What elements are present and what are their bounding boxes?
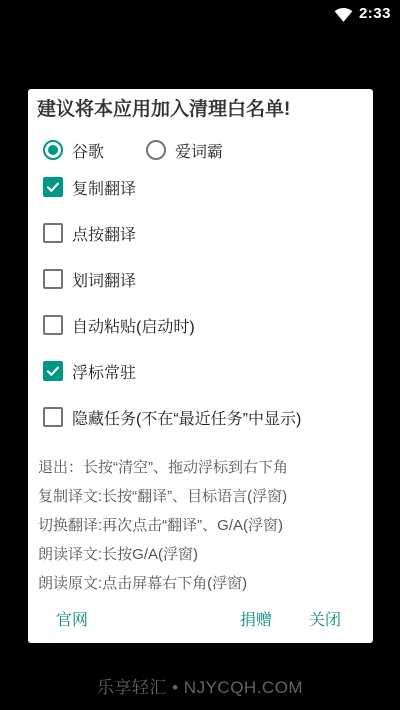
checkbox-copy-translate[interactable]: 复制翻译 — [28, 177, 373, 197]
whitelist-dialog: 建议将本应用加入清理白名单! 谷歌 爱词霸 复制翻译 点按翻译 — [28, 89, 373, 643]
status-bar: 2:33 — [0, 0, 400, 27]
help-line: 切换翻译:再次点击“翻译”、G/A(浮窗) — [38, 511, 373, 540]
checkbox-auto-paste[interactable]: 自动粘贴(启动时) — [28, 315, 373, 335]
close-button[interactable]: 关闭 — [309, 607, 341, 630]
radio-iciba-label: 爱词霸 — [175, 139, 223, 162]
radio-selected-icon[interactable] — [43, 140, 63, 160]
radio-unselected-icon[interactable] — [146, 140, 166, 160]
checkbox-word-select-translate[interactable]: 划词翻译 — [28, 269, 373, 289]
checkbox-tap-translate[interactable]: 点按翻译 — [28, 223, 373, 243]
checkbox-checked-icon[interactable] — [43, 177, 63, 197]
checkbox-unchecked-icon[interactable] — [43, 315, 63, 335]
checkbox-label: 浮标常驻 — [72, 360, 136, 383]
checkbox-unchecked-icon[interactable] — [43, 269, 63, 289]
screen: 2:33 建议将本应用加入清理白名单! 谷歌 爱词霸 复制翻译 — [0, 0, 400, 710]
engine-radio-group: 谷歌 爱词霸 — [28, 140, 373, 160]
usage-help-text: 退出：长按“清空”、拖动浮标到右下角 复制译文:长按“翻译”、目标语言(浮窗) … — [28, 453, 373, 598]
help-line: 复制译文:长按“翻译”、目标语言(浮窗) — [38, 482, 373, 511]
dialog-title: 建议将本应用加入清理白名单! — [28, 97, 373, 123]
checkbox-checked-icon[interactable] — [43, 361, 63, 381]
checkbox-hide-task[interactable]: 隐藏任务(不在“最近任务”中显示) — [28, 407, 373, 427]
radio-google[interactable]: 谷歌 — [43, 139, 104, 162]
checkbox-label: 划词翻译 — [72, 268, 136, 291]
wifi-icon — [334, 6, 353, 22]
checkbox-unchecked-icon[interactable] — [43, 223, 63, 243]
checkbox-label: 点按翻译 — [72, 222, 136, 245]
help-line: 退出：长按“清空”、拖动浮标到右下角 — [38, 453, 373, 482]
checkbox-label: 复制翻译 — [72, 176, 136, 199]
checkbox-unchecked-icon[interactable] — [43, 407, 63, 427]
radio-iciba[interactable]: 爱词霸 — [146, 139, 223, 162]
checkbox-label: 隐藏任务(不在“最近任务”中显示) — [72, 406, 301, 429]
checkbox-label: 自动粘贴(启动时) — [72, 314, 195, 337]
dialog-button-bar: 官网 捐赠 关闭 — [28, 593, 373, 643]
site-watermark: 乐享轻汇 • NJYCQH.COM — [0, 676, 400, 700]
option-checkbox-list: 复制翻译 点按翻译 划词翻译 自动粘贴(启动时) 浮标常驻 — [28, 177, 373, 427]
status-clock: 2:33 — [359, 5, 391, 22]
donate-button[interactable]: 捐赠 — [240, 607, 272, 630]
radio-google-label: 谷歌 — [72, 139, 104, 162]
help-line: 朗读译文:长按G/A(浮窗) — [38, 540, 373, 569]
website-button[interactable]: 官网 — [56, 607, 88, 630]
checkbox-floating-marker[interactable]: 浮标常驻 — [28, 361, 373, 381]
